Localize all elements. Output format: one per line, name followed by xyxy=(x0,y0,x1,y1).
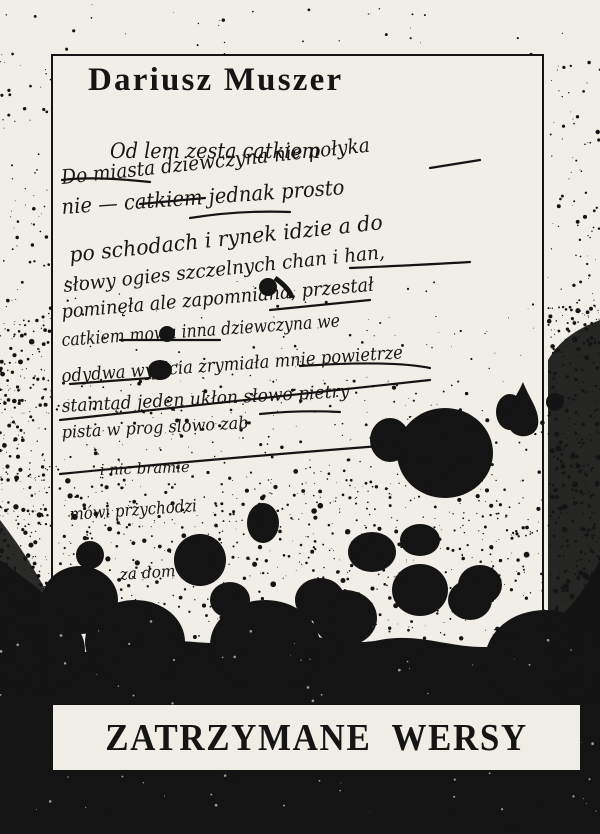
book-title: ZATRZYMANE WERSY xyxy=(105,716,528,759)
author-name: Dariusz Muszer xyxy=(88,62,343,99)
manuscript-frame xyxy=(51,54,544,734)
title-strip: ZATRZYMANE WERSY xyxy=(53,705,580,770)
book-cover: Od lem zesta catkiemDo miasta dziewczyna… xyxy=(0,0,600,834)
